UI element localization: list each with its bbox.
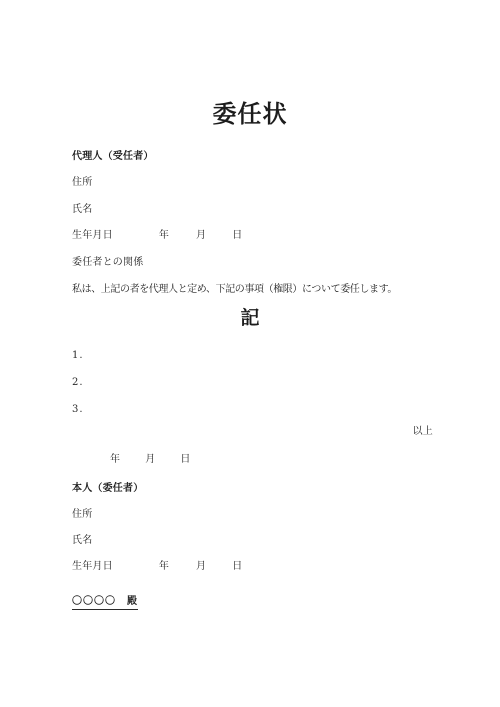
date-month-label: 月 xyxy=(145,453,155,467)
principal-day-label: 日 xyxy=(232,560,242,574)
principal-address-label: 住所 xyxy=(72,508,92,522)
agent-section-heading: 代理人（受任者） xyxy=(72,150,154,164)
principal-name-label: 氏名 xyxy=(72,534,92,548)
agent-relation-label: 委任者との関係 xyxy=(72,256,143,270)
agent-month-label: 月 xyxy=(196,229,206,243)
agent-name-label: 氏名 xyxy=(72,203,92,217)
document-page: 委任状 代理人（受任者） 住所 氏名 生年月日年月日 委任者との関係 私は、上記… xyxy=(0,0,500,707)
agent-birthdate-row: 生年月日年月日 xyxy=(72,229,242,243)
date-day-label: 日 xyxy=(180,453,190,467)
agent-year-label: 年 xyxy=(159,229,169,243)
principal-birthdate-row: 生年月日年月日 xyxy=(72,560,242,574)
list-heading: 記 xyxy=(0,308,500,330)
agent-day-label: 日 xyxy=(232,229,242,243)
list-item-2: 2. xyxy=(72,376,84,390)
agent-address-label: 住所 xyxy=(72,176,92,190)
principal-month-label: 月 xyxy=(196,560,206,574)
list-item-3: 3. xyxy=(72,403,84,417)
addressee-text: 〇〇〇〇 殿 xyxy=(72,596,138,610)
date-year-label: 年 xyxy=(110,453,120,467)
date-line: 年月日 xyxy=(72,453,191,467)
document-title: 委任状 xyxy=(0,101,500,128)
principal-birthdate-label: 生年月日 xyxy=(72,561,113,572)
list-item-1: 1. xyxy=(72,349,84,363)
addressee-line: 〇〇〇〇 殿 xyxy=(72,595,138,609)
principal-section-heading: 本人（委任者） xyxy=(72,482,143,496)
principal-year-label: 年 xyxy=(159,560,169,574)
closing-text: 以上 xyxy=(413,425,433,439)
agent-birthdate-label: 生年月日 xyxy=(72,230,113,241)
declaration-text: 私は、上記の者を代理人と定め、下記の事項（権限）について委任します。 xyxy=(72,283,397,297)
